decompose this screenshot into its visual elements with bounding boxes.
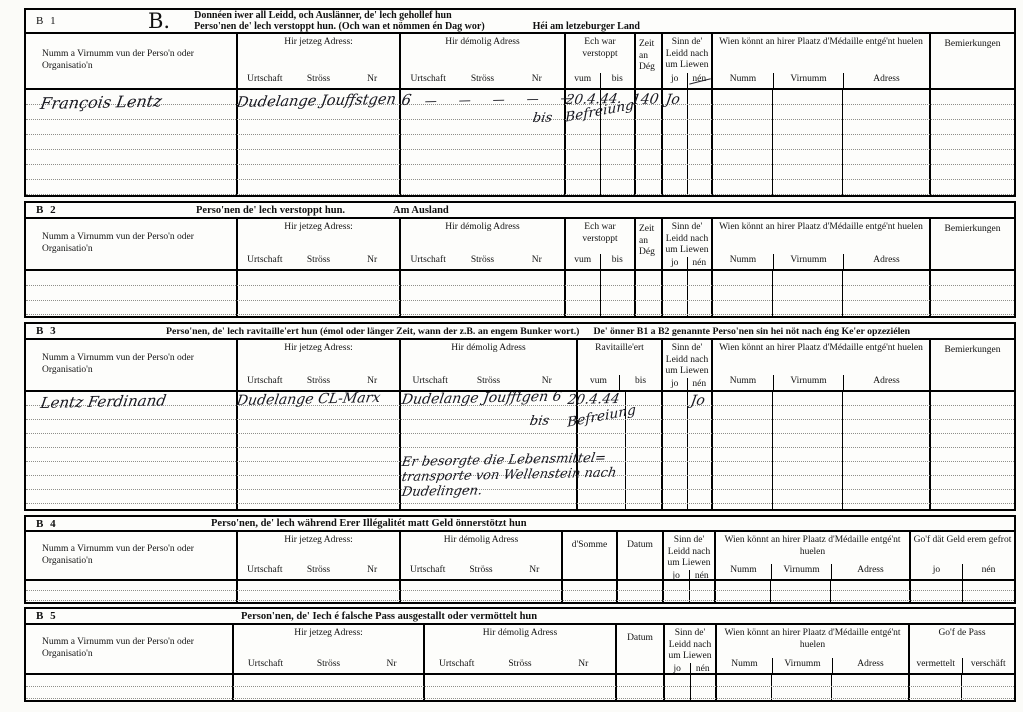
sub-label-nen: nén <box>962 564 1014 579</box>
col-label-name: Numm a Virnumm vun der Perso'n oder Orga… <box>26 637 232 660</box>
col-header-sinn: Sinn de' Leidd nach um Liewen jonén <box>663 219 713 269</box>
col-label-wien: Wien könnt an hirer Plaatz d'Médaille en… <box>713 219 929 234</box>
sub-label-numm: Numm <box>717 658 772 673</box>
sub-label-nen: nén <box>687 378 712 393</box>
col-label-sinn: Sinn de' Leidd nach um Liewen <box>664 532 714 570</box>
section-b1-title-note: Héi am letzeburger Land <box>533 21 640 32</box>
col-header-name: Numm a Virnumm vun der Perso'n oder Orga… <box>26 340 238 390</box>
col-header-gof-pass: Go'f de Pass vermetteltverschäft <box>910 625 1014 673</box>
hw-b1-bis-word: bis <box>532 111 554 126</box>
sub-label-virnumm: Virnumm <box>772 658 832 673</box>
section-b5-header: Numm a Virnumm vun der Perso'n oder Orga… <box>26 625 1014 675</box>
col-header-ravitailleert: Ravitaille'ert vumbis <box>578 340 663 390</box>
col-header-bemierkungen: Bemierkungen <box>931 219 1014 269</box>
col-label-bemierkungen: Bemierkungen <box>931 340 1014 357</box>
col-label-ravitailleert: Ravitaille'ert <box>578 340 661 355</box>
col-header-wien: Wien könnt an hirer Plaatz d'Médaille en… <box>713 34 931 88</box>
section-b1-title: Donnéen iwer all Leidd, och Auslänner, d… <box>194 10 640 33</box>
sub-label-nr: Nr <box>518 375 576 390</box>
sub-label-jo: jo <box>663 73 687 88</box>
col-label-name: Numm a Virnumm vun der Perso'n oder Orga… <box>26 544 236 567</box>
section-b4-data <box>26 581 1014 602</box>
sub-label-nr: Nr <box>510 254 564 269</box>
section-b2-titlebar: B 2 Perso'nen de' lech verstoppt hun. Am… <box>26 203 1014 219</box>
col-header-bemierkungen: Bemierkungen <box>931 34 1014 88</box>
hw-b3-name: Lentz Ferdinand <box>39 392 167 412</box>
sub-label-stross: Ströss <box>454 564 507 579</box>
col-label-datum: Datum <box>617 625 663 645</box>
sub-label-stross: Ströss <box>297 658 360 673</box>
section-b1-title-line2: Perso'nen de' lech verstoppt hun. (Och w… <box>194 21 485 32</box>
col-header-zeit: Zeit an Dég <box>636 219 663 269</box>
sub-label-vermettelt: vermettelt <box>910 658 962 673</box>
section-b5-title: Person'nen, de' Iech é falsche Pass ausg… <box>241 611 537 622</box>
section-b5: B 5 Person'nen, de' Iech é falsche Pass … <box>24 607 1016 702</box>
col-header-jetzeg: Hir jetzeg Adress: UrtschaftStrössNr <box>234 625 425 673</box>
section-b5-data <box>26 675 1014 700</box>
col-label-demolig: Hir démolig Adress <box>401 34 564 49</box>
sub-label-stross: Ströss <box>455 73 509 88</box>
sub-label-adress: Adress <box>831 564 909 579</box>
section-b1-title-line1: Donnéen iwer all Leidd, och Auslänner, d… <box>194 10 640 22</box>
col-label-gof-pass: Go'f de Pass <box>910 625 1014 640</box>
sub-label-numm: Numm <box>713 254 773 269</box>
ruled-lines <box>26 392 1014 509</box>
sub-label-bis: bis <box>600 254 635 269</box>
ruled-lines <box>26 271 1014 316</box>
sub-label-urtschaft: Urtschaft <box>238 375 292 390</box>
section-b2-data <box>26 271 1014 316</box>
col-label-name: Numm a Virnumm vun der Perso'n oder Orga… <box>26 49 236 72</box>
col-label-sinn: Sinn de' Leidd nach um Liewen <box>665 625 715 663</box>
sub-label-numm: Numm <box>713 73 773 88</box>
col-header-sinn: Sinn de' Leidd nach um Liewen jonén <box>663 34 713 88</box>
col-header-demolig: Hir démolig Adress UrtschaftStrössNr <box>425 625 617 673</box>
col-label-jetzeg: Hir jetzeg Adress: <box>234 625 423 640</box>
sub-label-vum: vum <box>566 254 600 269</box>
col-header-name: Numm a Virnumm vun der Perso'n oder Orga… <box>26 34 238 88</box>
section-b1-big-letter: B. <box>148 11 170 31</box>
col-header-demolig: Hir démolig Adress UrtschaftStrössNr <box>401 532 563 579</box>
col-header-jetzeg: Hir jetzeg Adress: UrtschaftStrössNr <box>238 219 401 269</box>
section-b4-label: B 4 <box>26 518 96 530</box>
col-label-gof-geld: Go'f dät Geld erem gefrot <box>911 532 1014 547</box>
col-label-verstoppt: Ech war verstoppt <box>566 34 634 60</box>
col-header-datum: Datum <box>618 532 664 579</box>
sub-label-stross: Ströss <box>292 375 346 390</box>
section-b1-data: François Lentz Dudelange Jouffstgen 6 — … <box>26 90 1014 195</box>
section-b5-titlebar: B 5 Person'nen, de' Iech é falsche Pass … <box>26 609 1014 625</box>
sub-label-urtschaft: Urtschaft <box>238 254 292 269</box>
col-label-dsomme: d'Somme <box>563 532 616 552</box>
section-b1-header: Numm a Virnumm vun der Perso'n oder Orga… <box>26 34 1014 90</box>
col-label-jetzeg: Hir jetzeg Adress: <box>238 340 399 355</box>
col-label-zeit: Zeit an Dég <box>636 219 661 259</box>
section-b1-titlebar: B 1 B. Donnéen iwer all Leidd, och Auslä… <box>26 10 1014 34</box>
section-b3-title2: De' önner B1 a B2 genannte Perso'nen sin… <box>593 326 910 337</box>
sub-label-stross: Ströss <box>455 254 509 269</box>
sub-label-nr: Nr <box>345 73 399 88</box>
col-header-wien: Wien könnt an hirer Plaatz d'Médaille en… <box>717 625 910 673</box>
col-header-zeit: Zeit an Dég <box>636 34 663 88</box>
col-label-demolig: Hir démolig Adress <box>401 340 576 355</box>
col-label-verstoppt: Ech war verstoppt <box>566 219 634 245</box>
col-header-name: Numm a Virnumm vun der Perso'n oder Orga… <box>26 219 238 269</box>
section-b3-label: B 3 <box>26 325 96 337</box>
sub-label-bis: bis <box>600 73 635 88</box>
col-label-wien: Wien könnt an hirer Plaatz d'Médaille en… <box>717 625 908 651</box>
sub-label-nen: nén <box>687 257 712 272</box>
scanned-form-page: B 1 B. Donnéen iwer all Leidd, och Auslä… <box>0 0 1023 712</box>
hw-b3-note-line3: Dudelingen. <box>401 483 484 500</box>
col-header-sinn: Sinn de' Leidd nach um Liewen jonén <box>663 340 713 390</box>
col-header-demolig: Hir démolig Adress UrtschaftStrössNr <box>401 34 566 88</box>
sub-label-vum: vum <box>566 73 600 88</box>
hw-b3-jo: Jo <box>690 393 707 409</box>
section-b2-label: B 2 <box>26 204 96 216</box>
col-label-zeit: Zeit an Dég <box>636 34 661 74</box>
section-b1-label: B 1 <box>26 15 96 27</box>
sub-label-urtschaft: Urtschaft <box>425 658 488 673</box>
hw-b1-jo: Jo <box>665 92 682 108</box>
col-label-bemierkungen: Bemierkungen <box>931 34 1014 51</box>
sub-label-nr: Nr <box>360 658 423 673</box>
section-b3-title: Perso'nen, de' lech ravitaille'ert hun (… <box>166 326 579 337</box>
section-b3-header: Numm a Virnumm vun der Perso'n oder Orga… <box>26 340 1014 392</box>
sub-label-virnumm: Virnumm <box>773 73 843 88</box>
sub-label-urtschaft: Urtschaft <box>234 658 297 673</box>
sub-label-nen: nén <box>687 73 712 88</box>
sub-label-virnumm: Virnumm <box>773 254 843 269</box>
ruled-lines <box>26 581 1014 602</box>
sub-label-nr: Nr <box>508 564 561 579</box>
sub-label-adress: Adress <box>843 73 929 88</box>
sub-label-jo: jo <box>663 378 687 393</box>
col-label-bemierkungen: Bemierkungen <box>931 219 1014 236</box>
sub-label-virnumm: Virnumm <box>771 564 831 579</box>
section-b2: B 2 Perso'nen de' lech verstoppt hun. Am… <box>24 201 1016 318</box>
sub-label-jo: jo <box>663 257 687 272</box>
section-b3-data: Lentz Ferdinand Dudelange CL-Marx Dudela… <box>26 392 1014 509</box>
col-label-wien: Wien könnt an hirer Plaatz d'Médaille en… <box>713 34 929 49</box>
section-b4: B 4 Perso'nen, de' lech während Erer Ill… <box>24 515 1016 604</box>
sub-label-nr: Nr <box>345 375 399 390</box>
col-label-wien: Wien könnt an hirer Plaatz d'Médaille en… <box>716 532 909 558</box>
sub-label-stross: Ströss <box>292 254 346 269</box>
section-b4-title: Perso'nen, de' lech während Erer Illégal… <box>211 518 527 529</box>
col-label-sinn: Sinn de' Leidd nach um Liewen <box>663 340 711 378</box>
col-header-jetzeg: Hir jetzeg Adress: UrtschaftStrössNr <box>238 34 401 88</box>
col-label-name: Numm a Virnumm vun der Perso'n oder Orga… <box>26 232 236 255</box>
col-label-sinn: Sinn de' Leidd nach um Liewen <box>663 219 711 257</box>
sub-label-adress: Adress <box>832 658 908 673</box>
sub-label-bis: bis <box>619 375 661 390</box>
col-header-demolig: Hir démolig Adress UrtschaftStrössNr <box>401 219 566 269</box>
sub-label-nr: Nr <box>510 73 564 88</box>
col-header-datum: Datum <box>617 625 665 673</box>
sub-label-urtschaft: Urtschaft <box>401 564 454 579</box>
col-header-demolig: Hir démolig Adress UrtschaftStrössNr <box>401 340 578 390</box>
sub-label-virnumm: Virnumm <box>773 375 843 390</box>
col-header-verstoppt: Ech war verstoppt vumbis <box>566 219 636 269</box>
sub-label-urtschaft: Urtschaft <box>401 73 455 88</box>
section-b4-header: Numm a Virnumm vun der Perso'n oder Orga… <box>26 532 1014 581</box>
col-label-jetzeg: Hir jetzeg Adress: <box>238 532 399 547</box>
section-b3-titlebar: B 3 Perso'nen, de' lech ravitaille'ert h… <box>26 324 1014 340</box>
section-b2-header: Numm a Virnumm vun der Perso'n oder Orga… <box>26 219 1014 271</box>
col-label-wien: Wien könnt an hirer Plaatz d'Médaille en… <box>713 340 929 355</box>
hw-b3-bis-word: bis <box>529 414 551 429</box>
section-b4-titlebar: B 4 Perso'nen, de' lech während Erer Ill… <box>26 517 1014 532</box>
section-b2-note: Am Ausland <box>393 205 449 216</box>
col-header-dsomme: d'Somme <box>563 532 618 579</box>
col-header-wien: Wien könnt an hirer Plaatz d'Médaille en… <box>713 340 931 390</box>
sub-label-stross: Ströss <box>292 73 346 88</box>
sub-label-stross: Ströss <box>459 375 517 390</box>
col-label-jetzeg: Hir jetzeg Adress: <box>238 34 399 49</box>
sub-label-urtschaft: Urtschaft <box>238 564 292 579</box>
col-label-datum: Datum <box>618 532 662 552</box>
col-header-name: Numm a Virnumm vun der Perso'n oder Orga… <box>26 532 238 579</box>
col-label-sinn: Sinn de' Leidd nach um Liewen <box>663 34 711 72</box>
hw-b1-name: François Lentz <box>39 91 163 113</box>
col-header-gof-geld: Go'f dät Geld erem gefrot jonén <box>911 532 1014 579</box>
col-header-jetzeg: Hir jetzeg Adress: UrtschaftStrössNr <box>238 532 401 579</box>
col-label-demolig: Hir démolig Adress <box>401 532 561 547</box>
col-header-jetzeg: Hir jetzeg Adress: UrtschaftStrössNr <box>238 340 401 390</box>
section-b2-title: Perso'nen de' lech verstoppt hun. <box>196 205 345 216</box>
col-label-jetzeg: Hir jetzeg Adress: <box>238 219 399 234</box>
col-header-wien: Wien könnt an hirer Plaatz d'Médaille en… <box>716 532 911 579</box>
col-label-demolig: Hir démolig Adress <box>401 219 564 234</box>
sub-label-stross: Ströss <box>292 564 346 579</box>
sub-label-nr: Nr <box>345 254 399 269</box>
sub-label-urtschaft: Urtschaft <box>238 73 292 88</box>
section-b3: B 3 Perso'nen, de' lech ravitaille'ert h… <box>24 322 1016 511</box>
col-header-wien: Wien könnt an hirer Plaatz d'Médaille en… <box>713 219 931 269</box>
col-label-demolig: Hir démolig Adress <box>425 625 615 640</box>
col-header-sinn: Sinn de' Leidd nach um Liewen jonén <box>665 625 717 673</box>
sub-label-numm: Numm <box>713 375 773 390</box>
sub-label-vum: vum <box>578 375 619 390</box>
sub-label-adress: Adress <box>843 375 929 390</box>
col-label-name: Numm a Virnumm vun der Perso'n oder Orga… <box>26 353 236 376</box>
col-header-sinn: Sinn de' Leidd nach um Liewen jonén <box>664 532 716 579</box>
section-b1: B 1 B. Donnéen iwer all Leidd, och Auslä… <box>24 8 1016 197</box>
sub-label-nr: Nr <box>552 658 615 673</box>
sub-label-urtschaft: Urtschaft <box>401 254 455 269</box>
sub-label-stross: Ströss <box>488 658 551 673</box>
hw-b1-jetzeg-address: Dudelange Jouffstgen <box>236 92 398 111</box>
col-header-verstoppt: Ech war verstoppt vumbis <box>566 34 636 88</box>
sub-label-verschaft: verschäft <box>962 658 1015 673</box>
col-header-name: Numm a Virnumm vun der Perso'n oder Orga… <box>26 625 234 673</box>
section-b5-label: B 5 <box>26 610 96 622</box>
sub-label-nr: Nr <box>345 564 399 579</box>
sub-label-urtschaft: Urtschaft <box>401 375 459 390</box>
sub-label-numm: Numm <box>716 564 771 579</box>
ruled-lines <box>26 675 1014 700</box>
col-header-bemierkungen: Bemierkungen <box>931 340 1014 390</box>
sub-label-jo: jo <box>911 564 962 579</box>
hw-b1-days-count: 140 <box>631 91 660 108</box>
sub-label-adress: Adress <box>843 254 929 269</box>
